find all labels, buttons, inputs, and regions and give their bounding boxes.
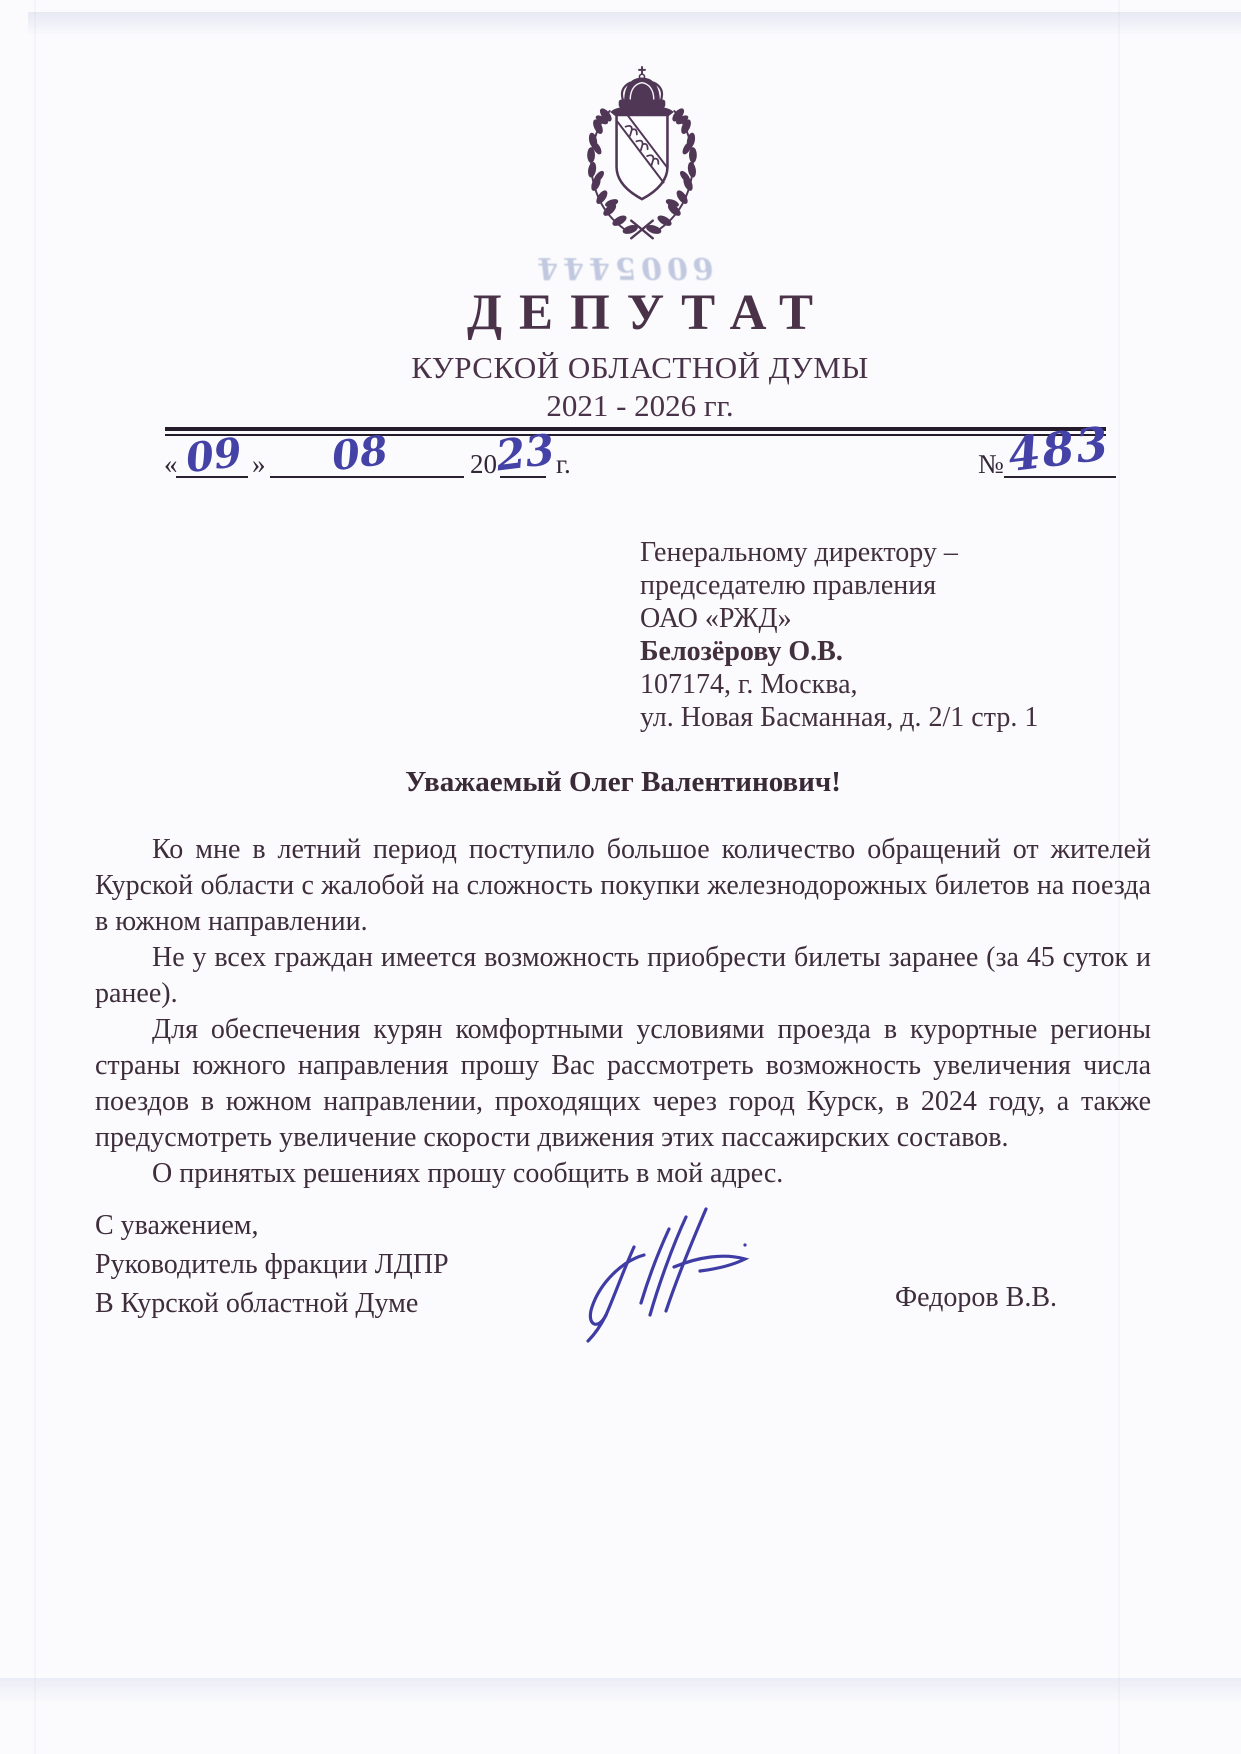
closing-position-line: Руководитель фракции ЛДПР (95, 1245, 449, 1284)
body-paragraph: Не у всех граждан имеется возможность пр… (95, 940, 1151, 1012)
recipient-block: Генеральному директору – председателю пр… (640, 536, 1038, 734)
letter-body: Ко мне в летний период поступило большое… (95, 832, 1151, 1192)
recipient-address-line: ул. Новая Басманная, д. 2/1 стр. 1 (640, 701, 1038, 734)
scan-streak (34, 0, 36, 1754)
closing-position-line: В Курской областной Думе (95, 1284, 449, 1323)
recipient-address-line: 107174, г. Москва, (640, 668, 1038, 701)
kursk-region-coat-of-arms-icon (568, 66, 716, 252)
signer-name: Федоров В.В. (895, 1282, 1057, 1314)
letterhead-subtitle: КУРСКОЙ ОБЛАСТНОЙ ДУМЫ (40, 350, 1240, 386)
show-through-number: 6005444 (514, 250, 732, 285)
document-number-label: № (978, 449, 1004, 480)
recipient-line: Генеральному директору – (640, 536, 1038, 569)
recipient-name: Белозёрову О.В. (640, 635, 1038, 668)
scan-artifact-band (28, 12, 1241, 34)
scan-artifact-band (0, 1678, 1241, 1702)
body-paragraph: Ко мне в летний период поступило большое… (95, 832, 1151, 940)
body-paragraph: Для обеспечения курян комфортными услови… (95, 1012, 1151, 1156)
salutation: Уважаемый Олег Валентинович! (95, 766, 1151, 799)
date-year-prefix: 20 (470, 449, 497, 480)
date-year-suffix: г. (556, 449, 571, 480)
date-month-underline (270, 476, 464, 478)
letterhead-title: ДЕПУТАТ (40, 284, 1240, 342)
recipient-line: ОАО «РЖД» (640, 602, 1038, 635)
letterhead-term: 2021 - 2026 гг. (40, 388, 1240, 424)
closing-regards: С уважением, (95, 1206, 449, 1245)
body-paragraph: О принятых решениях прошу сообщить в мой… (95, 1156, 1151, 1192)
scanned-letter-page: 6005444 ДЕПУТАТ КУРСКОЙ ОБЛАСТНОЙ ДУМЫ 2… (0, 0, 1241, 1754)
handwritten-day: 09 (183, 429, 244, 482)
recipient-line: председателю правления (640, 569, 1038, 602)
date-close-quote: » (252, 449, 266, 480)
letterhead-divider-rule (165, 427, 1106, 436)
handwritten-document-number: 483 (1005, 416, 1113, 482)
handwritten-signature (548, 1203, 758, 1343)
reference-line: « 09 » 08 20 23 г. № 483 (160, 436, 1120, 484)
handwritten-month: 08 (329, 427, 390, 480)
closing-block: С уважением, Руководитель фракции ЛДПР В… (95, 1206, 449, 1323)
handwritten-year: 23 (493, 425, 557, 481)
